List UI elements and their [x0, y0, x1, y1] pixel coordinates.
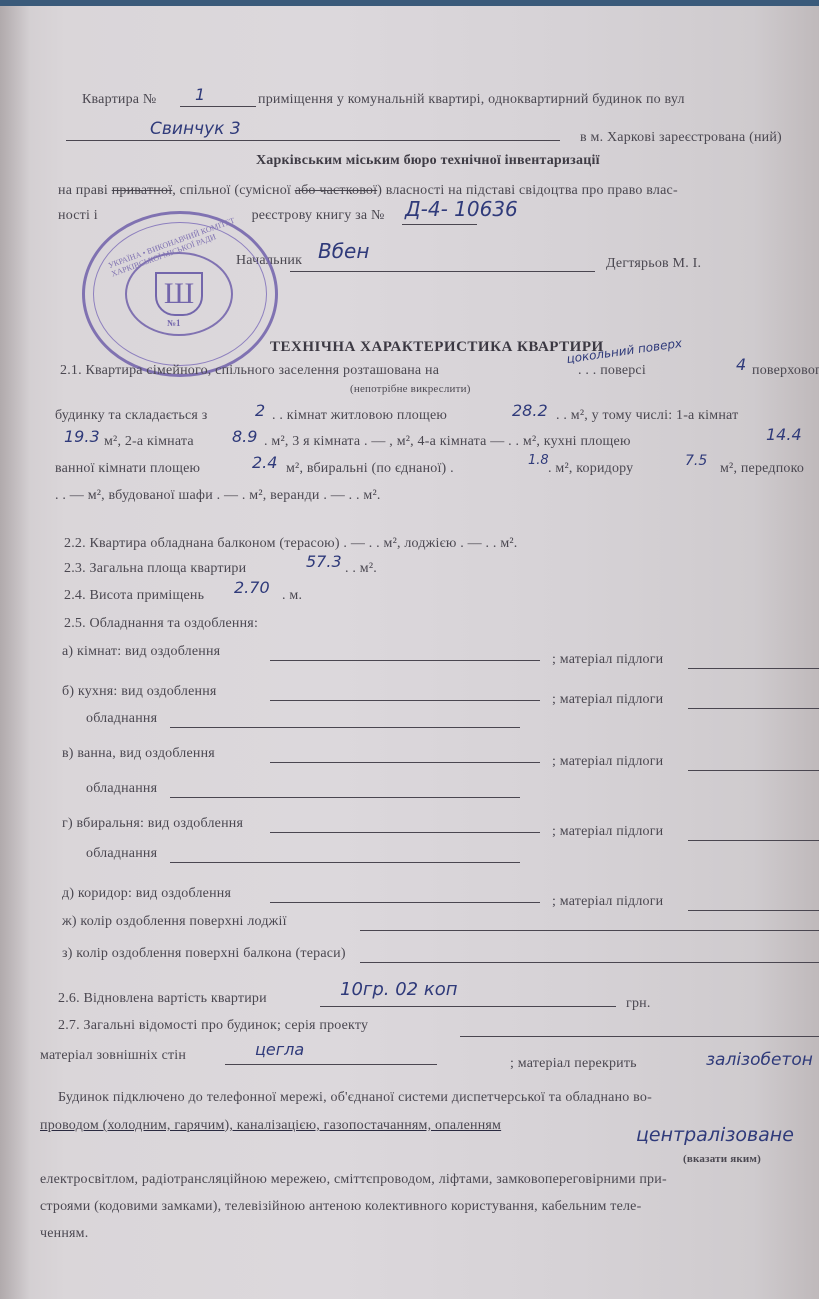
s27-para-3: електросвітлом, радіотрансляційною мереж…	[40, 1172, 667, 1188]
s21-line-4b: м², вбиральні (по єднаної) .	[286, 461, 454, 477]
floor-material-line	[688, 668, 819, 669]
apt-label: Квартира №	[82, 92, 156, 108]
floor-material-label: ; матеріал підлоги	[552, 824, 663, 840]
finishing-row-label: д) коридор: вид оздоблення	[62, 886, 231, 902]
finishing-field-line	[170, 797, 520, 798]
s27-para-4: строями (кодовими замками), телевізійною…	[40, 1199, 641, 1215]
floors-value: 4	[736, 356, 746, 374]
living-area-value: 28.2	[512, 402, 548, 420]
s21-line-5: . . — м², вбудованої шафи . — . м², вера…	[55, 488, 381, 504]
s27-para-1: Будинок підключено до телефонної мережі,…	[58, 1090, 652, 1106]
s23-unit: . . м².	[345, 561, 377, 577]
project-line	[460, 1036, 819, 1037]
signature: Вбен	[318, 242, 369, 260]
finishing-row-label: обладнання	[86, 781, 157, 797]
s23-label: 2.3. Загальна площа квартири	[64, 561, 246, 577]
finishing-row-label: обладнання	[86, 846, 157, 862]
finishing-field-line	[270, 700, 540, 701]
document-page: Квартира № 1 приміщення у комунальній кв…	[0, 6, 819, 1299]
walls-value: цегла	[255, 1041, 304, 1059]
floor-material-label: ; матеріал підлоги	[552, 754, 663, 770]
header-line-1: приміщення у комунальній квартирі, однок…	[258, 92, 685, 108]
s26-label: 2.6. Відновлена вартість квартири	[58, 991, 267, 1007]
finishing-row-label: з) колір оздоблення поверхні балкона (те…	[62, 946, 346, 962]
s25-title: 2.5. Обладнання та оздоблення:	[64, 616, 258, 632]
street-value: Свинчук 3	[150, 120, 241, 138]
ceiling-label: ; матеріал перекрить	[510, 1056, 637, 1072]
height-value: 2.70	[234, 579, 270, 597]
total-area-value: 57.3	[306, 553, 342, 571]
section-title: ТЕХНІЧНА ХАРАКТЕРИСТИКА КВАРТИРИ	[270, 339, 604, 355]
walls-label: матеріал зовнішніх стін	[40, 1048, 186, 1064]
s27-para-5: ченням.	[40, 1226, 88, 1242]
s21-floors-text: поверхового	[752, 363, 819, 379]
s21-line-4a: ванної кімнати площею	[55, 461, 200, 477]
trident-icon: Ш	[155, 272, 203, 316]
ceiling-value: залізобетон	[706, 1051, 813, 1069]
registry-number: Д-4- 10636	[405, 200, 518, 218]
s22-line: 2.2. Квартира обладнана балконом (терасо…	[64, 536, 518, 552]
s21-line-2c: . . м², у тому числі: 1-а кімнат	[556, 408, 738, 424]
finishing-row-label: а) кімнат: вид оздоблення	[62, 644, 220, 660]
signature-line	[290, 271, 595, 272]
header-line-4: на праві приватної, спільної (сумісної а…	[58, 183, 678, 199]
kitchen-value: 14.4	[766, 426, 802, 444]
s21-floor-text: . . . поверсі	[578, 363, 646, 379]
s21-line-3b: . м², 3 я кімната . — , м², 4-а кімната …	[264, 434, 631, 450]
room2-value: 8.9	[232, 428, 257, 446]
floor-material-line	[688, 770, 819, 771]
header-line-2: в м. Харкові зареєстрована (ний)	[580, 130, 782, 146]
finishing-field-line	[270, 762, 540, 763]
floor-material-line	[688, 840, 819, 841]
finishing-row-label: обладнання	[86, 711, 157, 727]
apt-number: 1	[195, 86, 205, 104]
cost-line	[320, 1006, 616, 1007]
s24-unit: . м.	[282, 588, 302, 604]
s21-line-1: 2.1. Квартира сімейного, спільного засел…	[60, 363, 439, 379]
bureau-name: Харківським міським бюро технічної інвен…	[256, 153, 600, 169]
heating-value: централізоване	[636, 1126, 794, 1144]
corridor-value: 7.5	[685, 452, 707, 470]
signer-name: Дегтярьов М. І.	[606, 256, 701, 272]
s21-line-4c: . м², коридору	[548, 461, 633, 477]
toilet-value: 1.8	[528, 452, 549, 470]
finishing-row-label: б) кухня: вид оздоблення	[62, 684, 217, 700]
s21-hint: (непотрібне викреслити)	[350, 381, 471, 397]
finishing-field-line	[270, 832, 540, 833]
s27-label: 2.7. Загальні відомості про будинок; сер…	[58, 1018, 368, 1034]
finishing-field-line	[270, 660, 540, 661]
cost-value: 10гр. 02 коп	[340, 981, 458, 999]
floor-material-label: ; матеріал підлоги	[552, 894, 663, 910]
finishing-field-line	[170, 727, 520, 728]
room1-value: 19.3	[64, 428, 100, 446]
s21-line-2b: . . кімнат житловою площею	[272, 408, 447, 424]
heating-hint: (вказати яким)	[683, 1151, 761, 1167]
floor-material-label: ; матеріал підлоги	[552, 692, 663, 708]
official-stamp: УКРАЇНА • ВИКОНАВЧИЙ КОМІТЕТ ХАРКІВСЬКОЇ…	[82, 211, 278, 377]
finishing-row-label: ж) колір оздоблення поверхні лоджії	[62, 914, 287, 930]
finishing-field-line	[360, 962, 819, 963]
floor-material-line	[688, 910, 819, 911]
apt-number-line	[180, 106, 256, 107]
floor-material-label: ; матеріал підлоги	[552, 652, 663, 668]
finishing-row-label: г) вбиральня: вид оздоблення	[62, 816, 243, 832]
s27-para-2: проводом (холодним, гарячим), каналізаці…	[40, 1118, 501, 1134]
finishing-field-line	[170, 862, 520, 863]
s21-line-4d: м², передпоко	[720, 461, 804, 477]
s24-label: 2.4. Висота приміщень	[64, 588, 204, 604]
cost-unit: грн.	[626, 996, 651, 1012]
street-line	[66, 140, 560, 141]
finishing-field-line	[270, 902, 540, 903]
registry-line	[402, 224, 477, 225]
finishing-row-label: в) ванна, вид оздоблення	[62, 746, 215, 762]
floor-material-line	[688, 708, 819, 709]
bathroom-value: 2.4	[252, 454, 277, 472]
finishing-field-line	[360, 930, 819, 931]
s21-line-3a: м², 2-а кімната	[104, 434, 194, 450]
walls-line	[225, 1064, 437, 1065]
rooms-value: 2	[255, 402, 265, 420]
stamp-number: №1	[167, 318, 181, 328]
s21-line-2a: будинку та складається з	[55, 408, 207, 424]
